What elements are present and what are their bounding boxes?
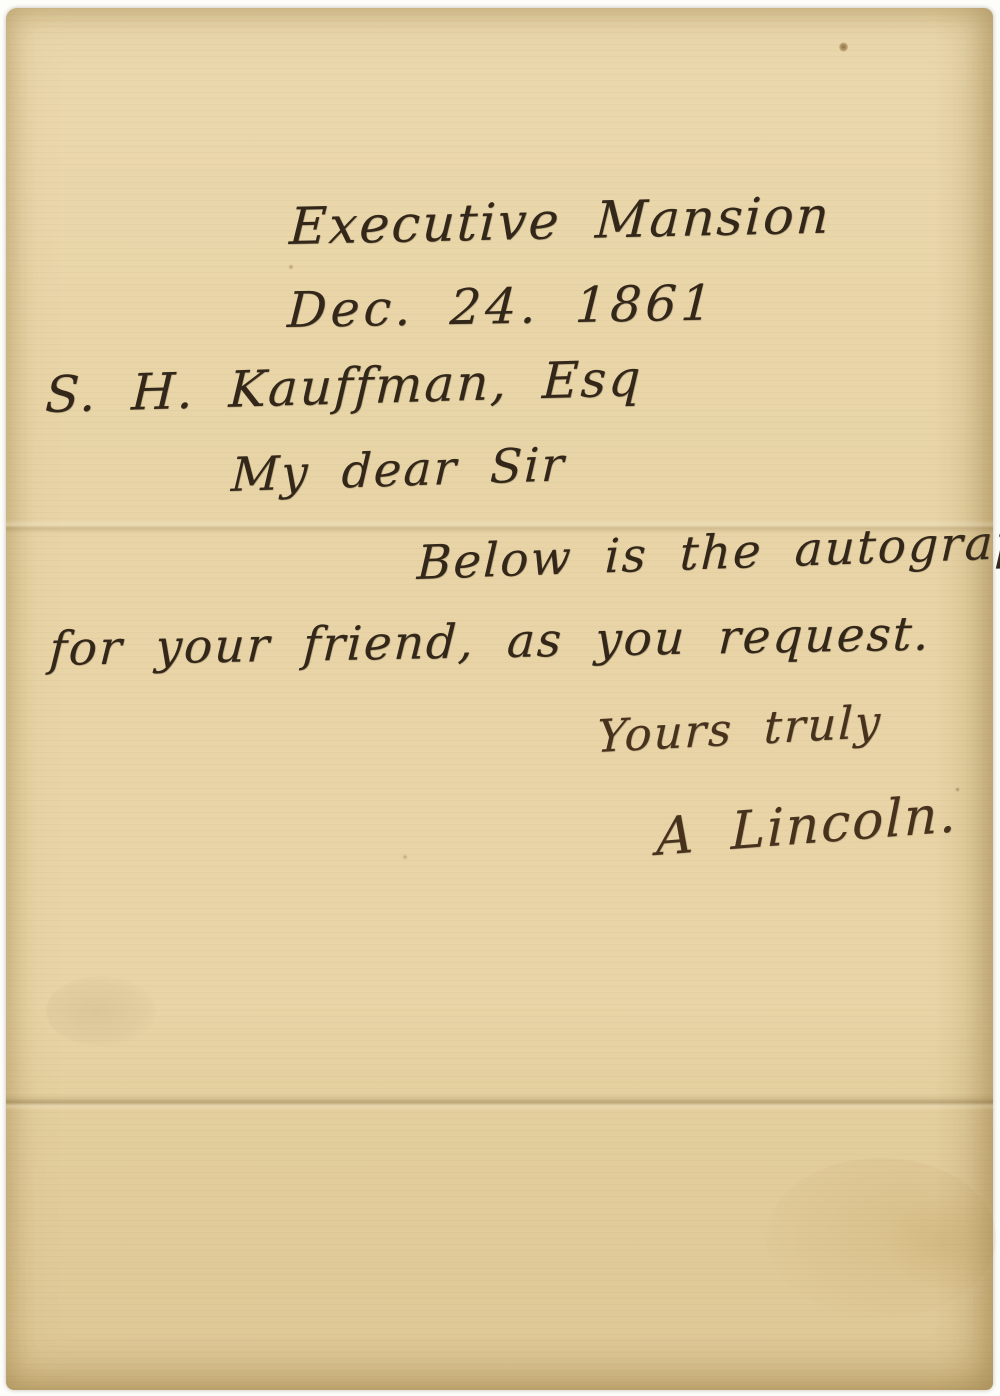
fold-crease-upper: [6, 520, 993, 534]
letter-date: Dec. 24. 1861: [286, 274, 717, 339]
age-stain-small: [886, 1198, 996, 1288]
body-line-2: for your friend, as you request.: [48, 607, 932, 677]
letter-heading: Executive Mansion: [288, 187, 832, 257]
paper-speck: [402, 854, 408, 860]
signature-line: A Lincoln.: [656, 784, 958, 868]
salutation-line: My dear Sir: [230, 437, 567, 503]
letter-paper: Executive Mansion Dec. 24. 1861 S. H. Ka…: [6, 8, 993, 1390]
edge-shading: [6, 8, 993, 1390]
body-line-1: Below is the autograph: [416, 513, 1000, 591]
smudge-stain: [46, 976, 156, 1046]
paper-speck: [288, 264, 294, 270]
recipient-line: S. H. Kauffman, Esq: [44, 349, 644, 424]
age-stain: [766, 1158, 996, 1318]
ink-spot: [839, 42, 848, 52]
fold-crease-lower: [6, 1094, 993, 1110]
paper-speck: [955, 787, 960, 792]
letter-scan: Executive Mansion Dec. 24. 1861 S. H. Ka…: [0, 0, 1000, 1396]
closing-line: Yours truly: [596, 695, 883, 763]
